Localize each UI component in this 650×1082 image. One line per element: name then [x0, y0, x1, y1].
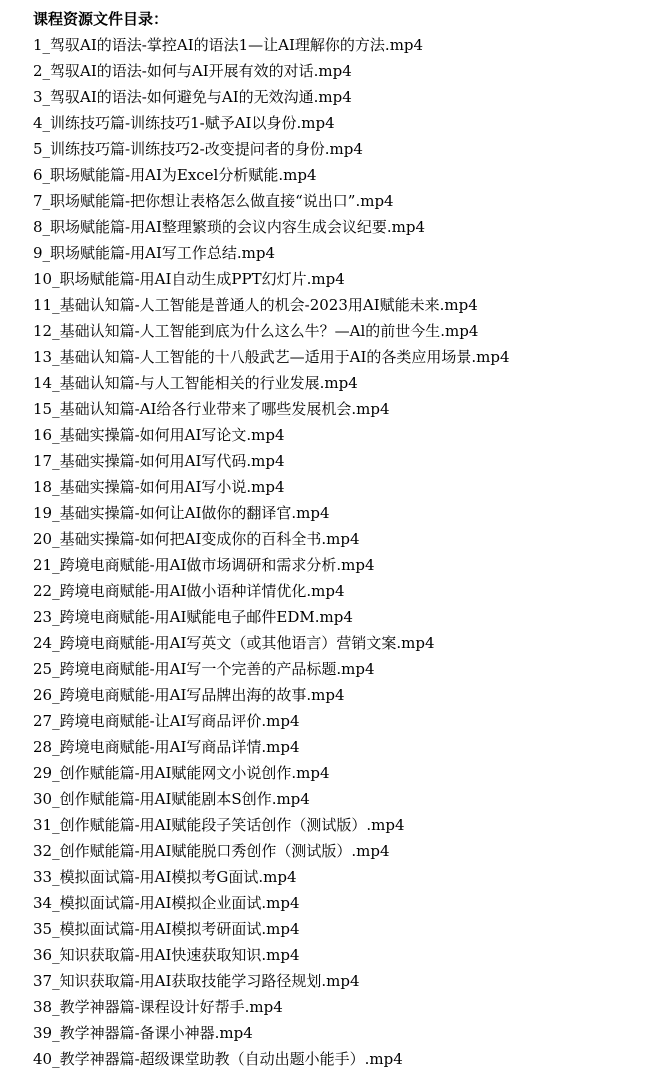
file-list-item: 24_跨境电商赋能-用AI写英文（或其他语言）营销文案.mp4 — [33, 630, 640, 656]
file-list-item: 1_驾驭AI的语法-掌控AI的语法1—让AI理解你的方法.mp4 — [33, 32, 640, 58]
file-list-item: 33_模拟面试篇-用AI模拟考G面试.mp4 — [33, 864, 640, 890]
file-list-item: 10_职场赋能篇-用AI自动生成PPT幻灯片.mp4 — [33, 266, 640, 292]
file-list-item: 12_基础认知篇-人工智能到底为什么这么牛？—Al的前世今生.mp4 — [33, 318, 640, 344]
file-list-item: 35_模拟面试篇-用AI模拟考研面试.mp4 — [33, 916, 640, 942]
file-list-item: 32_创作赋能篇-用AI赋能脱口秀创作（测试版）.mp4 — [33, 838, 640, 864]
file-list-item: 38_教学神器篇-课程设计好帮手.mp4 — [33, 994, 640, 1020]
file-list-item: 25_跨境电商赋能-用AI写一个完善的产品标题.mp4 — [33, 656, 640, 682]
file-list-item: 14_基础认知篇-与人工智能相关的行业发展.mp4 — [33, 370, 640, 396]
file-list-item: 22_跨境电商赋能-用AI做小语种详情优化.mp4 — [33, 578, 640, 604]
file-list-item: 30_创作赋能篇-用AI赋能剧本S创作.mp4 — [33, 786, 640, 812]
file-list: 1_驾驭AI的语法-掌控AI的语法1—让AI理解你的方法.mp42_驾驭AI的语… — [33, 32, 640, 1072]
course-file-directory-page: 课程资源文件目录： 1_驾驭AI的语法-掌控AI的语法1—让AI理解你的方法.m… — [0, 0, 650, 1072]
file-list-item: 9_职场赋能篇-用AI写工作总结.mp4 — [33, 240, 640, 266]
file-list-item: 13_基础认知篇-人工智能的十八般武艺—适用于AI的各类应用场景.mp4 — [33, 344, 640, 370]
file-list-item: 26_跨境电商赋能-用AI写品牌出海的故事.mp4 — [33, 682, 640, 708]
file-list-item: 34_模拟面试篇-用AI模拟企业面试.mp4 — [33, 890, 640, 916]
file-list-item: 18_基础实操篇-如何用AI写小说.mp4 — [33, 474, 640, 500]
file-list-item: 23_跨境电商赋能-用AI赋能电子邮件EDM.mp4 — [33, 604, 640, 630]
file-list-item: 20_基础实操篇-如何把AI变成你的百科全书.mp4 — [33, 526, 640, 552]
file-list-item: 19_基础实操篇-如何让AI做你的翻译官.mp4 — [33, 500, 640, 526]
file-list-item: 7_职场赋能篇-把你想让表格怎么做直接“说出口”.mp4 — [33, 188, 640, 214]
file-list-item: 27_跨境电商赋能-让AI写商品评价.mp4 — [33, 708, 640, 734]
file-list-item: 31_创作赋能篇-用AI赋能段子笑话创作（测试版）.mp4 — [33, 812, 640, 838]
file-list-item: 6_职场赋能篇-用AI为Excel分析赋能.mp4 — [33, 162, 640, 188]
file-list-item: 16_基础实操篇-如何用AI写论文.mp4 — [33, 422, 640, 448]
file-list-item: 37_知识获取篇-用AI获取技能学习路径规划.mp4 — [33, 968, 640, 994]
file-list-item: 15_基础认知篇-AI给各行业带来了哪些发展机会.mp4 — [33, 396, 640, 422]
file-list-item: 4_训练技巧篇-训练技巧1-赋予AI以身份.mp4 — [33, 110, 640, 136]
file-list-item: 17_基础实操篇-如何用AI写代码.mp4 — [33, 448, 640, 474]
file-list-item: 40_教学神器篇-超级课堂助教（自动出题小能手）.mp4 — [33, 1046, 640, 1072]
file-list-item: 5_训练技巧篇-训练技巧2-改变提问者的身份.mp4 — [33, 136, 640, 162]
page-title: 课程资源文件目录： — [33, 6, 640, 32]
file-list-item: 36_知识获取篇-用AI快速获取知识.mp4 — [33, 942, 640, 968]
file-list-item: 2_驾驭AI的语法-如何与AI开展有效的对话.mp4 — [33, 58, 640, 84]
file-list-item: 39_教学神器篇-备课小神器.mp4 — [33, 1020, 640, 1046]
file-list-item: 8_职场赋能篇-用AI整理繁琐的会议内容生成会议纪要.mp4 — [33, 214, 640, 240]
file-list-item: 29_创作赋能篇-用AI赋能网文小说创作.mp4 — [33, 760, 640, 786]
file-list-item: 21_跨境电商赋能-用AI做市场调研和需求分析.mp4 — [33, 552, 640, 578]
file-list-item: 28_跨境电商赋能-用AI写商品详情.mp4 — [33, 734, 640, 760]
file-list-item: 3_驾驭AI的语法-如何避免与AI的无效沟通.mp4 — [33, 84, 640, 110]
file-list-item: 11_基础认知篇-人工智能是普通人的机会-2023用AI赋能未来.mp4 — [33, 292, 640, 318]
